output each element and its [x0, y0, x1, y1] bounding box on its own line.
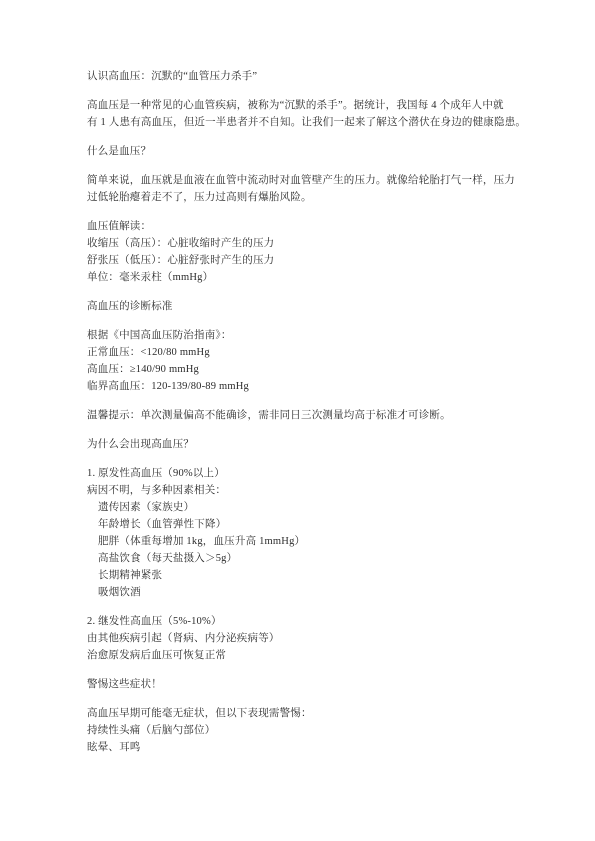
paragraph: 高血压是一种常见的心血管疾病，被称为“沉默的杀手”。据统计，我国每 4 个成年人…: [87, 97, 508, 131]
section-heading: 高血压的诊断标准: [87, 298, 508, 315]
text-line: 2. 继发性高血压（5%-10%）: [87, 613, 508, 630]
section-heading: 什么是血压？: [87, 143, 508, 160]
text-line: 治愈原发病后血压可恢复正常: [87, 647, 508, 664]
section-heading: 警惕这些症状！: [87, 676, 508, 693]
text-line: 简单来说，血压就是血液在血管中流动时对血管壁产生的压力。就像给轮胎打气一样，压力: [87, 172, 508, 189]
text-line: 高血压是一种常见的心血管疾病，被称为“沉默的杀手”。据统计，我国每 4 个成年人…: [87, 97, 508, 114]
text-line: 根据《中国高血压防治指南》：: [87, 327, 508, 344]
text-line: 持续性头痛（后脑勺部位）: [87, 722, 508, 739]
text-line: 高血压：≥140/90 mmHg: [87, 361, 508, 378]
paragraph: 1. 原发性高血压（90%以上）病因不明，与多种因素相关：遗传因素（家族史）年龄…: [87, 465, 508, 601]
paragraph: 2. 继发性高血压（5%-10%）由其他疾病引起（肾病、内分泌疾病等）治愈原发病…: [87, 613, 508, 664]
text-line: 舒张压（低压）：心脏舒张时产生的压力: [87, 252, 508, 269]
text-line: 为什么会出现高血压？: [87, 436, 508, 453]
text-line: 认识高血压：沉默的“血管压力杀手”: [87, 68, 508, 85]
text-line: 高盐饮食（每天盐摄入＞5g）: [87, 550, 508, 567]
text-line: 单位：毫米汞柱（mmHg）: [87, 269, 508, 286]
text-line: 长期精神紧张: [87, 567, 508, 584]
paragraph: 温馨提示：单次测量偏高不能确诊，需非同日三次测量均高于标准才可诊断。: [87, 407, 508, 424]
paragraph: 根据《中国高血压防治指南》：正常血压：<120/80 mmHg高血压：≥140/…: [87, 327, 508, 395]
doc-title: 认识高血压：沉默的“血管压力杀手”: [87, 68, 508, 85]
text-line: 眩晕、耳鸣: [87, 739, 508, 756]
text-line: 肥胖（体重每增加 1kg，血压升高 1mmHg）: [87, 533, 508, 550]
text-line: 年龄增长（血管弹性下降）: [87, 516, 508, 533]
text-line: 遗传因素（家族史）: [87, 499, 508, 516]
text-line: 有 1 人患有高血压，但近一半患者并不自知。让我们一起来了解这个潜伏在身边的健康…: [87, 114, 508, 131]
text-line: 警惕这些症状！: [87, 676, 508, 693]
text-line: 高血压早期可能毫无症状，但以下表现需警惕：: [87, 705, 508, 722]
text-line: 什么是血压？: [87, 143, 508, 160]
text-line: 收缩压（高压）：心脏收缩时产生的压力: [87, 235, 508, 252]
paragraph: 高血压早期可能毫无症状，但以下表现需警惕：持续性头痛（后脑勺部位）眩晕、耳鸣: [87, 705, 508, 756]
document-page: 认识高血压：沉默的“血管压力杀手”高血压是一种常见的心血管疾病，被称为“沉默的杀…: [0, 0, 595, 841]
paragraph: 血压值解读：收缩压（高压）：心脏收缩时产生的压力舒张压（低压）：心脏舒张时产生的…: [87, 218, 508, 286]
text-line: 正常血压：<120/80 mmHg: [87, 344, 508, 361]
text-line: 高血压的诊断标准: [87, 298, 508, 315]
text-line: 1. 原发性高血压（90%以上）: [87, 465, 508, 482]
text-line: 临界高血压：120-139/80-89 mmHg: [87, 378, 508, 395]
paragraph: 简单来说，血压就是血液在血管中流动时对血管壁产生的压力。就像给轮胎打气一样，压力…: [87, 172, 508, 206]
text-line: 病因不明，与多种因素相关：: [87, 482, 508, 499]
text-line: 吸烟饮酒: [87, 584, 508, 601]
text-line: 温馨提示：单次测量偏高不能确诊，需非同日三次测量均高于标准才可诊断。: [87, 407, 508, 424]
section-heading: 为什么会出现高血压？: [87, 436, 508, 453]
text-line: 血压值解读：: [87, 218, 508, 235]
text-line: 由其他疾病引起（肾病、内分泌疾病等）: [87, 630, 508, 647]
document-content: 认识高血压：沉默的“血管压力杀手”高血压是一种常见的心血管疾病，被称为“沉默的杀…: [87, 68, 508, 756]
text-line: 过低轮胎瘪着走不了，压力过高则有爆胎风险。: [87, 189, 508, 206]
